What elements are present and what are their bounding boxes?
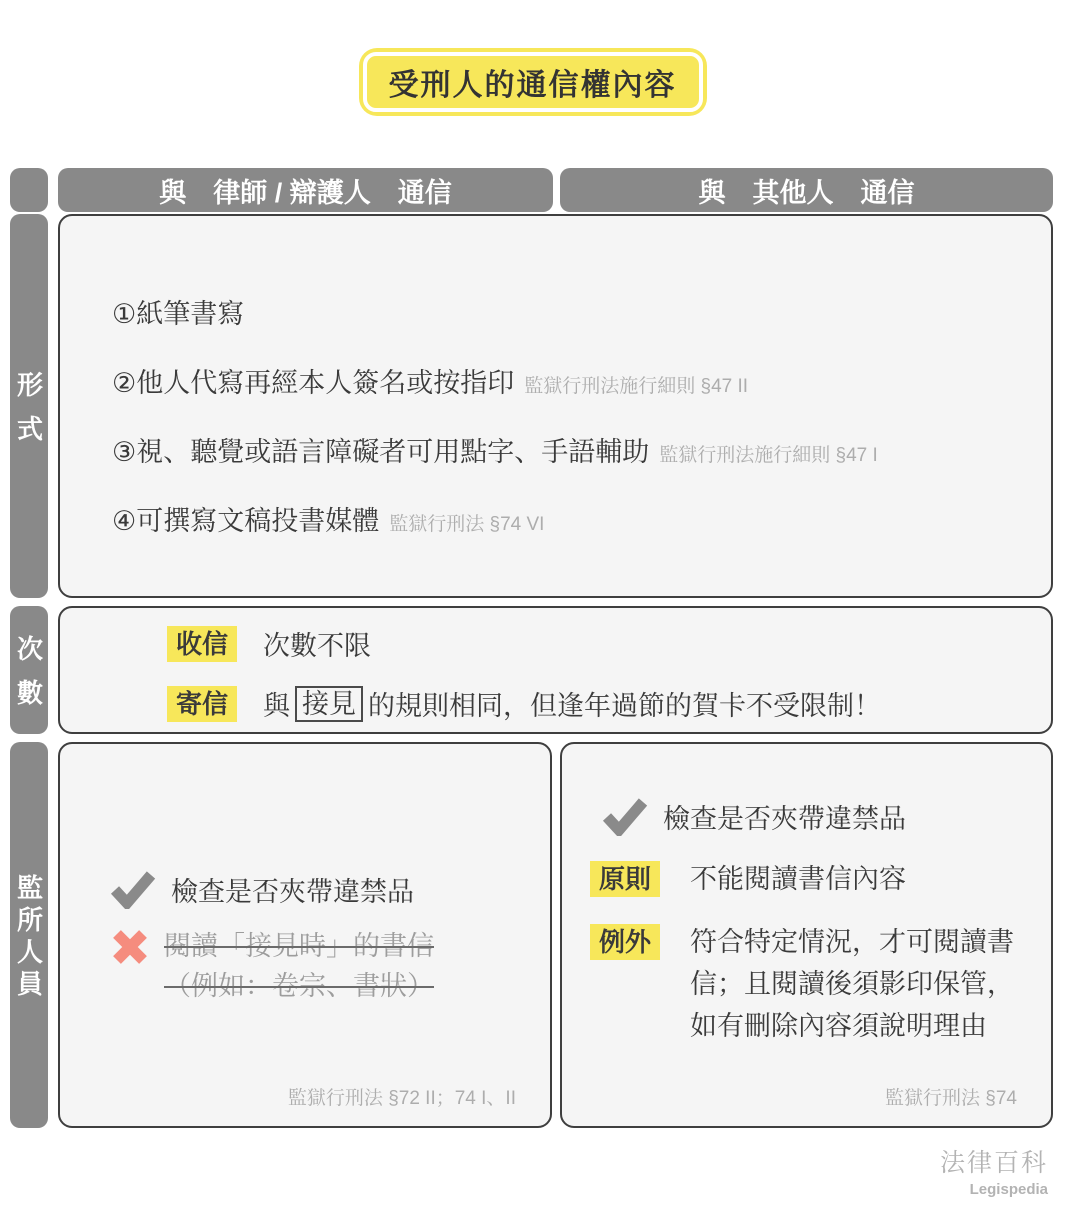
title-pill: 受刑人的通信權內容 <box>359 48 707 116</box>
sidebar-item-form: 形式 <box>10 214 48 598</box>
sidebar-frequency-label: 次數 <box>11 635 48 723</box>
form-item-4-cite: 監獄行刑法 §74 VI <box>389 514 544 535</box>
frequency-section-box: 收信 次數不限 寄信 與 接見 的規則相同，但逢年過節的賀卡不受限制！ <box>58 606 1053 734</box>
principle-text: 不能閱讀書信內容 <box>690 858 906 900</box>
lawyer-check-text: 檢查是否夾帶違禁品 <box>171 873 414 911</box>
sidebar-form-label: 形式 <box>11 371 48 459</box>
others-check-row: 檢查是否夾帶違禁品 <box>602 796 906 841</box>
form-item-3: ③視、聽覺或語言障礙者可用點字、手語輔助監獄行刑法施行細則 §47 I <box>112 436 1027 472</box>
page-title: 受刑人的通信權內容 <box>363 52 703 112</box>
visit-boxed-word: 接見 <box>295 686 363 722</box>
check-icon <box>602 796 648 841</box>
sidebar-corner-block <box>10 168 48 212</box>
exception-row: 例外 符合特定情況，才可閱讀書信；且閱讀後須影印保管，如有刪除內容須說明理由 <box>590 924 1030 1047</box>
form-item-1-text: ①紙筆書寫 <box>112 299 244 329</box>
sidebar-item-frequency: 次數 <box>10 606 48 734</box>
column-header-lawyer: 與 律師 / 辯護人 通信 <box>58 168 553 212</box>
exception-text: 符合特定情況，才可閱讀書信；且閱讀後須影印保管，如有刪除內容須說明理由 <box>690 921 1030 1047</box>
form-item-2-cite: 監獄行刑法施行細則 §47 II <box>524 376 748 397</box>
send-mail-text-after: 的規則相同，但逢年過節的賀卡不受限制！ <box>368 684 881 723</box>
column-header-others: 與 其他人 通信 <box>560 168 1053 212</box>
brand-name: 法律百科 <box>940 1143 1048 1179</box>
lawyer-forbidden-text: 閱讀「接見時」的書信 （例如：卷宗、書狀） <box>164 926 434 1006</box>
form-item-4-text: ④可撰寫文稿投書媒體 <box>112 506 379 536</box>
lawyer-forbidden-line1: 閱讀「接見時」的書信 <box>164 926 434 966</box>
lawyer-forbidden-row: 閱讀「接見時」的書信 （例如：卷宗、書狀） <box>112 926 434 1006</box>
form-item-3-text: ③視、聽覺或語言障礙者可用點字、手語輔助 <box>112 437 649 467</box>
send-mail-text-before: 與 <box>263 684 290 723</box>
sidebar-item-staff: 監所人員 <box>10 742 48 1128</box>
exception-tag: 例外 <box>590 924 660 960</box>
form-item-4: ④可撰寫文稿投書媒體監獄行刑法 §74 VI <box>112 505 1027 541</box>
receive-mail-row: 收信 次數不限 <box>167 624 371 663</box>
form-item-3-cite: 監獄行刑法施行細則 §47 I <box>659 445 878 466</box>
principle-row: 原則 不能閱讀書信內容 <box>590 861 906 900</box>
staff-others-box: 檢查是否夾帶違禁品 原則 不能閱讀書信內容 例外 符合特定情況，才可閱讀書信；且… <box>560 742 1053 1128</box>
send-mail-tag: 寄信 <box>167 686 237 722</box>
lawyer-check-row: 檢查是否夾帶違禁品 <box>110 869 414 914</box>
others-box-citation: 監獄行刑法 §74 <box>885 1083 1017 1110</box>
staff-lawyer-box: 檢查是否夾帶違禁品 閱讀「接見時」的書信 （例如：卷宗、書狀） 監獄行刑法 §7… <box>58 742 552 1128</box>
form-item-2-text: ②他人代寫再經本人簽名或按指印 <box>112 368 514 398</box>
check-icon <box>110 869 156 914</box>
form-section-box: ①紙筆書寫 ②他人代寫再經本人簽名或按指印監獄行刑法施行細則 §47 II ③視… <box>58 214 1053 598</box>
infographic-canvas: 受刑人的通信權內容 與 律師 / 辯護人 通信 與 其他人 通信 形式 ①紙筆書… <box>0 0 1065 1207</box>
lawyer-box-citation: 監獄行刑法 §72 II；74 I、II <box>288 1083 516 1110</box>
sidebar-staff-label: 監所人員 <box>11 874 48 1002</box>
brand-name-en: Legispedia <box>940 1181 1048 1198</box>
receive-mail-tag: 收信 <box>167 626 237 662</box>
others-check-text: 檢查是否夾帶違禁品 <box>663 800 906 838</box>
send-mail-row: 寄信 與 接見 的規則相同，但逢年過節的賀卡不受限制！ <box>167 684 881 723</box>
cross-icon <box>112 929 148 970</box>
send-mail-text: 與 接見 的規則相同，但逢年過節的賀卡不受限制！ <box>263 684 881 723</box>
brand-footer: 法律百科 Legispedia <box>940 1143 1048 1198</box>
principle-tag: 原則 <box>590 861 660 897</box>
form-item-2: ②他人代寫再經本人簽名或按指印監獄行刑法施行細則 §47 II <box>112 367 1027 403</box>
receive-mail-text: 次數不限 <box>263 624 371 663</box>
lawyer-forbidden-line2: （例如：卷宗、書狀） <box>164 966 434 1006</box>
form-item-1: ①紙筆書寫 <box>112 298 1027 334</box>
